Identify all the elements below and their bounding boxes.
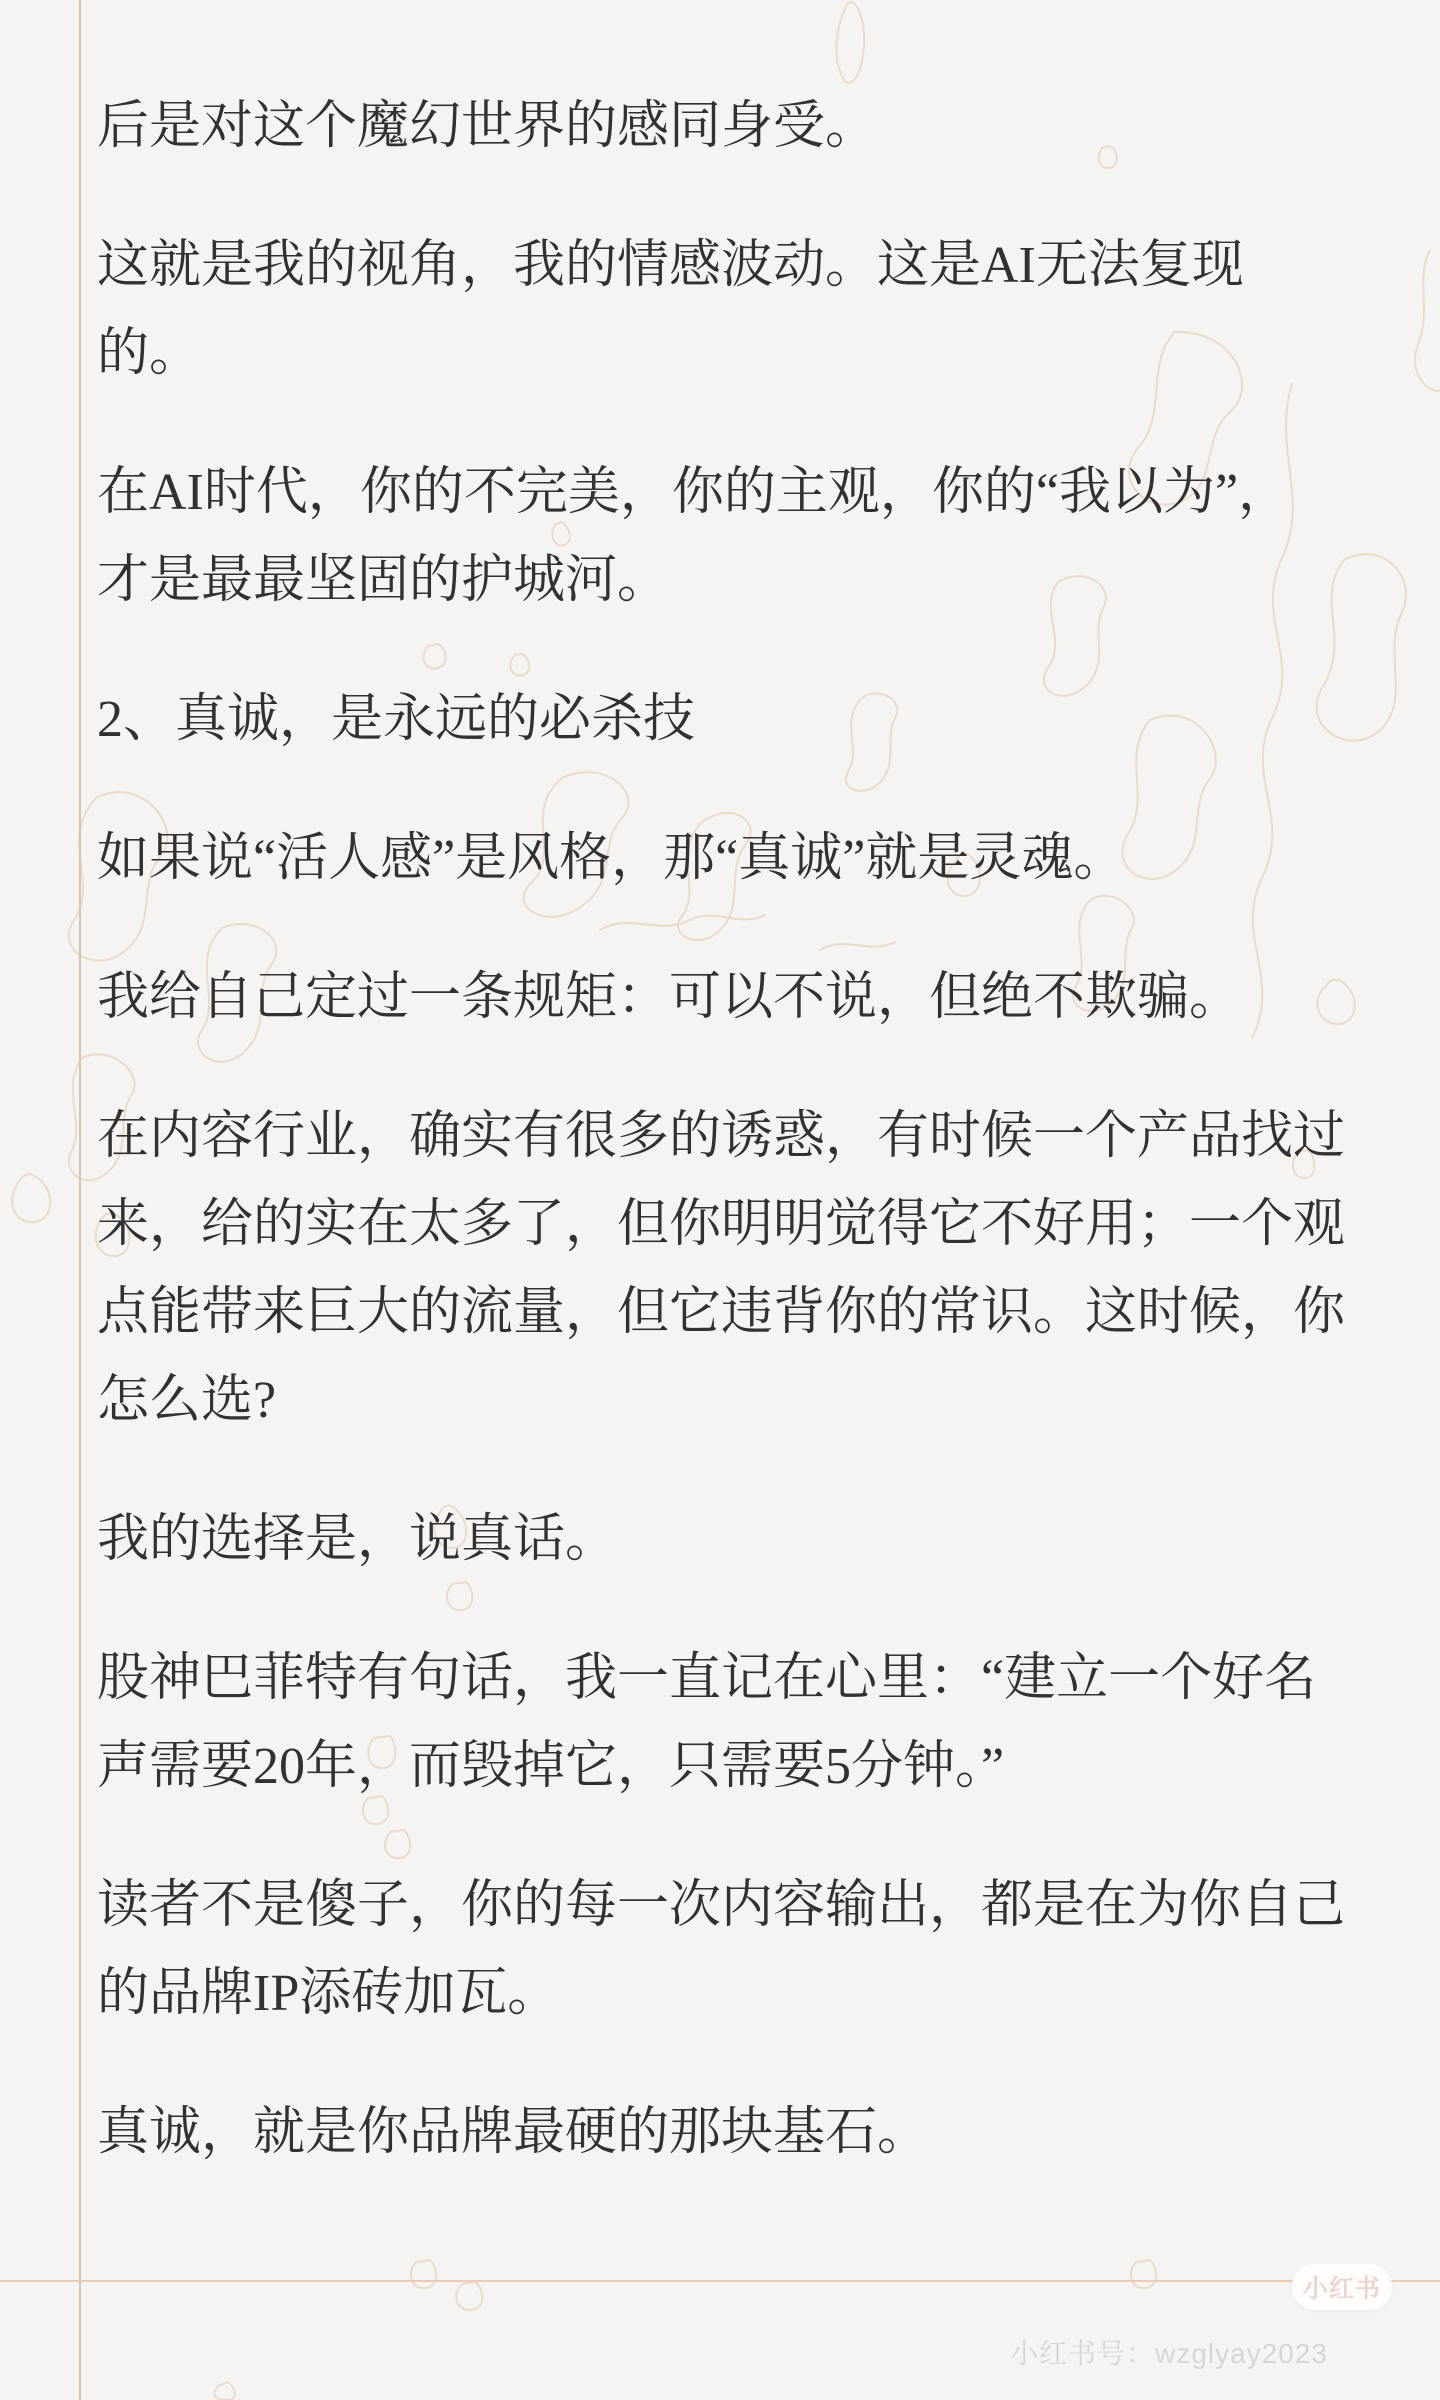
paragraph: 在AI时代，你的不完美，你的主观，你的“我以为”， 才是最最坚固的护城河。 <box>97 449 1397 625</box>
paragraph: 我的选择是，说真话。 <box>97 1496 1397 1584</box>
text-line: 股神巴菲特有句话，我一直记在心里：“建立一个好名 <box>97 1635 1397 1723</box>
article-body: 后是对这个魔幻世界的感同身受。 这就是我的视角，我的情感波动。这是AI无法复现 … <box>97 83 1397 2228</box>
paragraph: 读者不是傻子，你的每一次内容输出，都是在为你自己 的品牌IP添砖加瓦。 <box>97 1862 1397 2038</box>
text-line: 在内容行业，确实有很多的诱惑，有时候一个产品找过 <box>97 1093 1397 1181</box>
text-line: 读者不是傻子，你的每一次内容输出，都是在为你自己 <box>97 1862 1397 1950</box>
text-line: 如果说“活人感”是风格，那“真诚”就是灵魂。 <box>97 815 1397 903</box>
text-line: 声需要20年，而毁掉它，只需要5分钟。” <box>97 1723 1397 1811</box>
section-heading: 2、真诚，是永远的必杀技 <box>97 676 1397 764</box>
left-margin-rule <box>79 0 81 2400</box>
text-line: 才是最最坚固的护城河。 <box>97 537 1397 625</box>
text-line: 的。 <box>97 310 1397 398</box>
paragraph: 我给自己定过一条规矩：可以不说，但绝不欺骗。 <box>97 954 1397 1042</box>
footer-divider-rule <box>0 2280 1440 2282</box>
text-line: 我给自己定过一条规矩：可以不说，但绝不欺骗。 <box>97 954 1397 1042</box>
paragraph: 真诚，就是你品牌最硬的那块基石。 <box>97 2089 1397 2177</box>
paragraph: 这就是我的视角，我的情感波动。这是AI无法复现 的。 <box>97 222 1397 398</box>
text-line: 怎么选? <box>97 1357 1397 1445</box>
text-line: 真诚，就是你品牌最硬的那块基石。 <box>97 2089 1397 2177</box>
text-line: 的品牌IP添砖加瓦。 <box>97 1950 1397 2038</box>
xiaohongshu-id-watermark: 小红书号：wzglyay2023 <box>1010 2332 1328 2372</box>
text-line: 在AI时代，你的不完美，你的主观，你的“我以为”， <box>97 449 1397 537</box>
paragraph: 在内容行业，确实有很多的诱惑，有时候一个产品找过 来，给的实在太多了，但你明明觉… <box>97 1093 1397 1445</box>
paragraph: 如果说“活人感”是风格，那“真诚”就是灵魂。 <box>97 815 1397 903</box>
text-line: 这就是我的视角，我的情感波动。这是AI无法复现 <box>97 222 1397 310</box>
paragraph: 股神巴菲特有句话，我一直记在心里：“建立一个好名 声需要20年，而毁掉它，只需要… <box>97 1635 1397 1811</box>
text-line: 后是对这个魔幻世界的感同身受。 <box>97 83 1397 171</box>
text-line: 我的选择是，说真话。 <box>97 1496 1397 1584</box>
xiaohongshu-badge-label: 小红书 <box>1303 2269 1381 2305</box>
text-line: 点能带来巨大的流量，但它违背你的常识。这时候，你 <box>97 1269 1397 1357</box>
note-page: { "page": { "background_color": "#f6f4f2… <box>0 0 1440 2400</box>
xiaohongshu-badge: 小红书 <box>1292 2264 1392 2310</box>
text-line: 来，给的实在太多了，但你明明觉得它不好用；一个观 <box>97 1181 1397 1269</box>
paragraph: 后是对这个魔幻世界的感同身受。 <box>97 83 1397 171</box>
text-line: 2、真诚，是永远的必杀技 <box>97 676 1397 764</box>
